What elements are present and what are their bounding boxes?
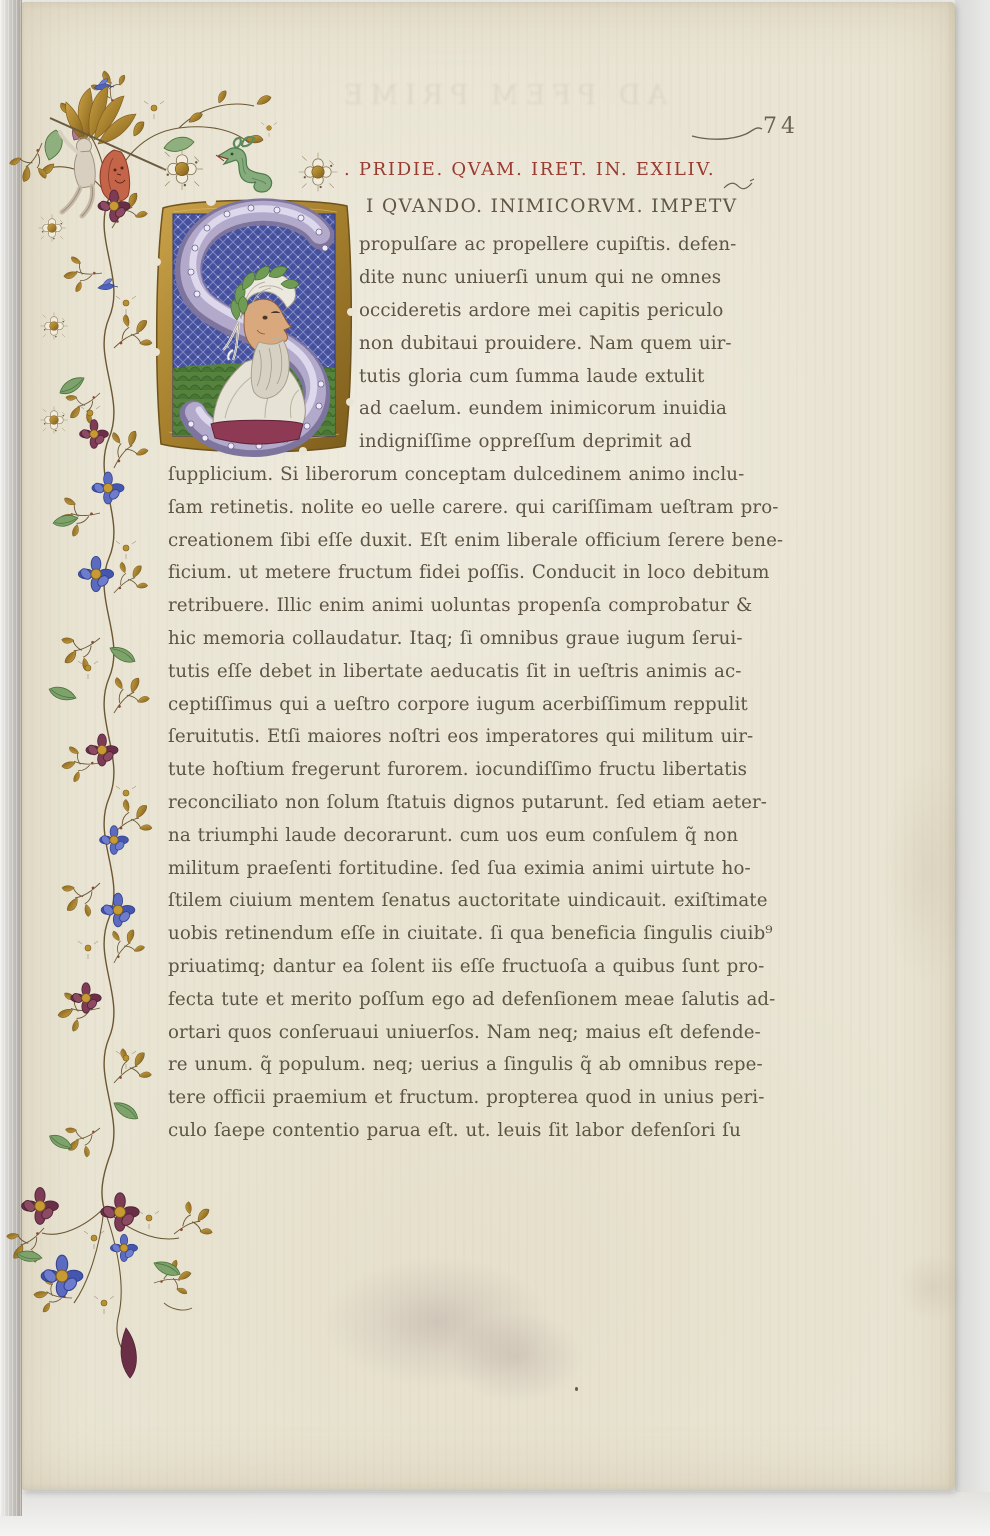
margin-rosette	[40, 312, 67, 339]
margin-rosette	[40, 406, 67, 433]
putto-figure	[50, 86, 166, 216]
show-through-text: AD PFEM PRIME	[327, 80, 667, 111]
indented-text-block: propulſare ac propellere cupiſtis. defen…	[359, 229, 771, 459]
text-line: ad caelum. eundem inimicorum inuidia	[359, 393, 771, 426]
opening-capitals-line: I QVANDO. INIMICORVM. IMPETV	[366, 196, 738, 217]
rosette-ornament	[299, 153, 338, 192]
text-line: indigniſſime oppreſſum deprimit ad	[359, 426, 771, 459]
rosette-ornament	[161, 148, 203, 190]
scan-background-bottom	[0, 1492, 990, 1536]
illuminated-initial-s	[153, 192, 355, 458]
text-line: dite nunc uniuerſi unum qui ne omnes	[359, 262, 771, 295]
line-filler-squiggle	[722, 178, 756, 194]
stain	[422, 1292, 612, 1422]
stain	[867, 722, 987, 1022]
text-line: occideretis ardore mei capitis periculo	[359, 295, 771, 328]
parchment-page: AD PFEM PRIME 74 . PRIDIE. QVAM. IRET. I…	[22, 2, 955, 1490]
folio-flourish	[690, 122, 765, 148]
text-line: tutis gloria cum ſumma laude extulit	[359, 361, 771, 394]
manuscript-scan: AD PFEM PRIME 74 . PRIDIE. QVAM. IRET. I…	[0, 0, 990, 1536]
rubric-heading: . PRIDIE. QVAM. IRET. IN. EXILIV.	[344, 159, 715, 180]
text-line: non dubitaui prouidere. Nam quem uir-	[359, 328, 771, 361]
folio-number: 74	[763, 114, 799, 139]
text-line: propulſare ac propellere cupiſtis. defen…	[359, 229, 771, 262]
dragon-figure	[212, 134, 286, 198]
margin-rosette	[38, 214, 65, 241]
stain	[887, 1242, 977, 1332]
ink-speck	[575, 1387, 578, 1391]
tail-leaf	[121, 1328, 136, 1378]
vine-stem	[102, 198, 114, 1208]
